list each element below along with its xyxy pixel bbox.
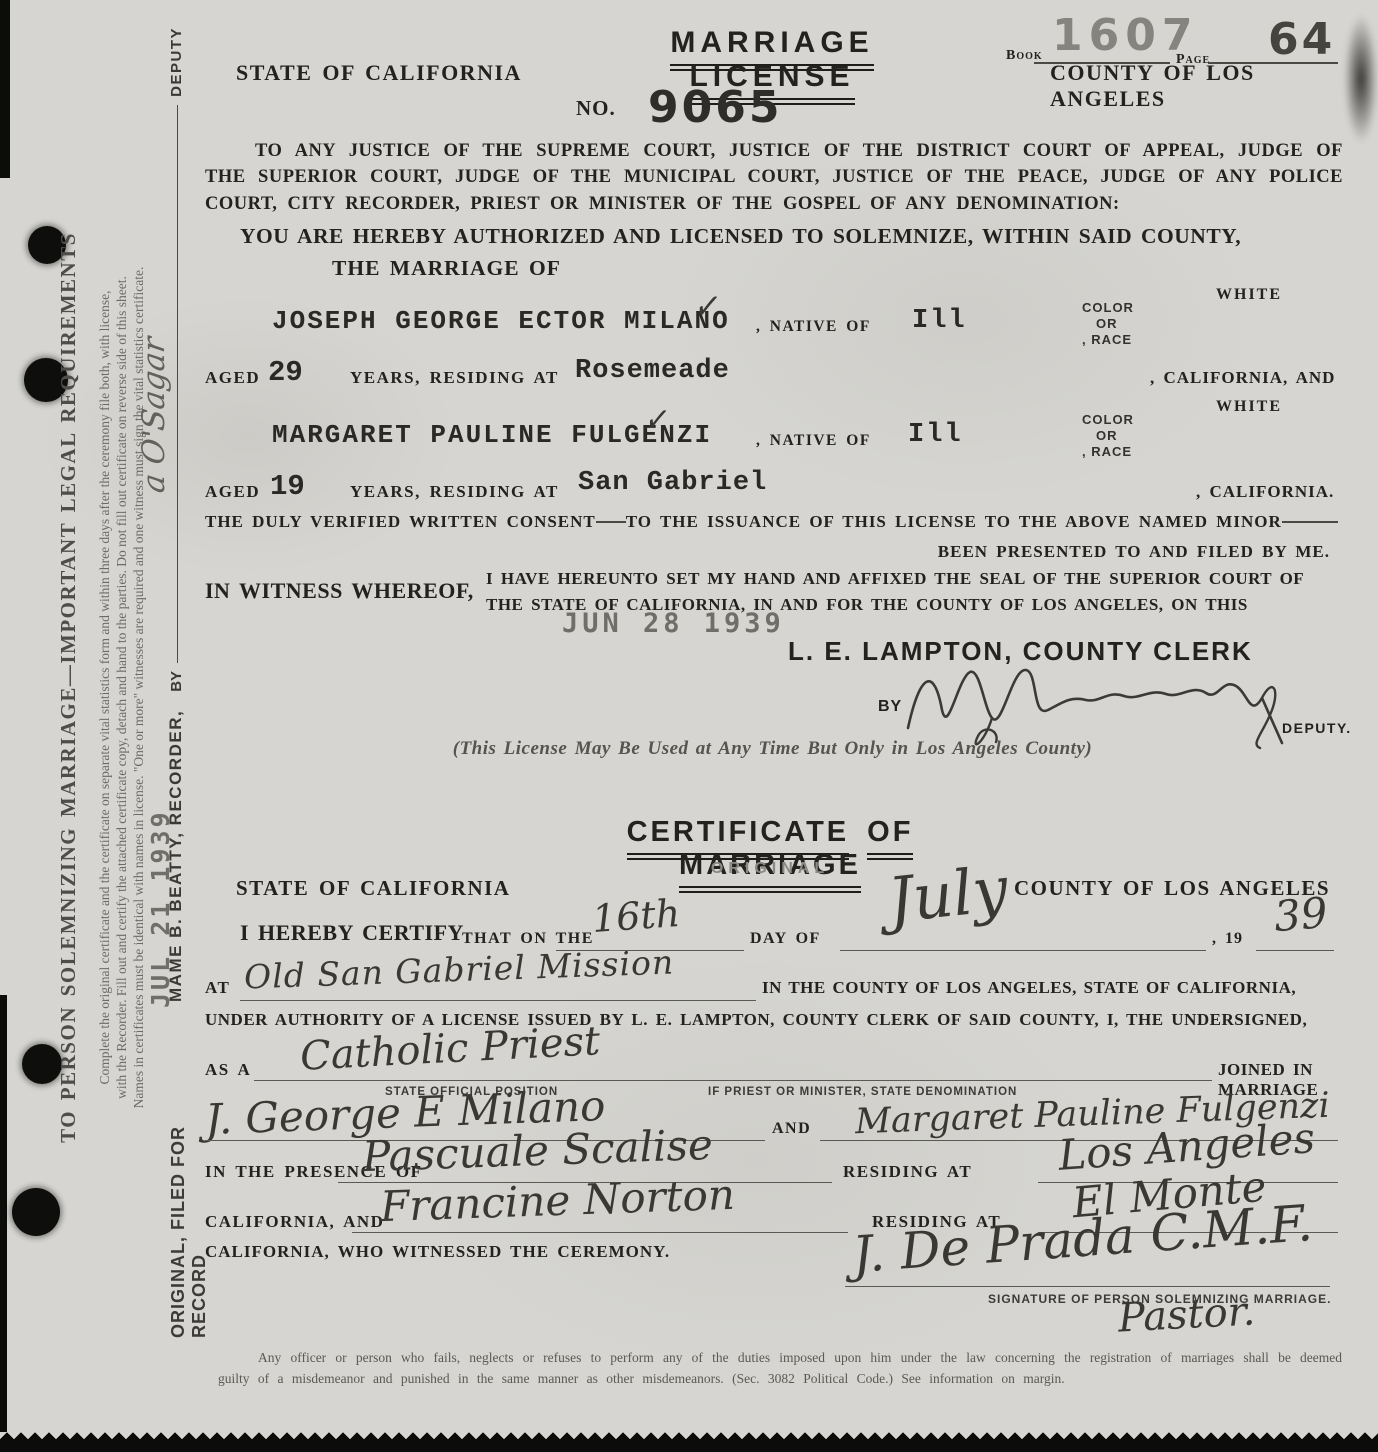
california-and-label: CALIFORNIA, AND [205, 1212, 384, 1232]
groom-california-suffix: , CALIFORNIA, AND [1150, 368, 1335, 388]
bride-california-suffix: , CALIFORNIA. [1196, 482, 1334, 502]
bride-native-value: Ill [908, 420, 963, 450]
clerk-by-label: BY [878, 698, 902, 716]
year-blank-line [1256, 950, 1334, 951]
groom-native-label: , NATIVE OF [756, 318, 871, 336]
bride-native-label: , NATIVE OF [756, 432, 871, 450]
position-blank-line [254, 1080, 1212, 1081]
certificate-title-word: OF [867, 816, 913, 860]
county-state-line: IN THE COUNTY OF LOS ANGELES, STATE OF C… [762, 978, 1296, 998]
and-label: AND [772, 1120, 811, 1138]
consent-text-1: THE DULY VERIFIED WRITTEN CONSENT [205, 512, 596, 531]
year-prefix-label: , 19 [1212, 930, 1243, 948]
race-label-line: , RACE [1082, 332, 1134, 348]
day-of-label: DAY OF [750, 930, 821, 948]
margin-title: TO PERSON SOLEMNIZING MARRIAGE—IMPORTANT… [56, 40, 81, 1335]
authorization-line: YOU ARE HEREBY AUTHORIZED AND LICENSED T… [240, 224, 1241, 249]
race-label-line: , RACE [1082, 444, 1134, 460]
denomination-label: IF PRIEST OR MINISTER, STATE DENOMINATIO… [708, 1086, 1017, 1098]
month-blank-line [840, 950, 1206, 951]
bride-residence-typed: San Gabriel [578, 468, 767, 498]
page-number-stamp: 64 [1268, 14, 1335, 65]
year-handwritten: 39 [1272, 888, 1330, 941]
bride-age-value: 19 [270, 470, 305, 503]
margin-fine-print-line: with the Recorder. Fill out and certify … [113, 35, 130, 1340]
addressees-paragraph: TO ANY JUSTICE OF THE SUPREME COURT, JUS… [205, 138, 1343, 217]
recorder-name-label: MAME B. BEATTY, RECORDER, [166, 710, 186, 1002]
film-edge-bottom-left [0, 995, 7, 1452]
margin-recorder-line: MAME B. BEATTY, RECORDER, BY DEPUTY [166, 27, 186, 1002]
witnessed-ceremony-line: CALIFORNIA, WHO WITNESSED THE CEREMONY. [205, 1242, 670, 1262]
perforated-bottom-edge [0, 1432, 1378, 1452]
license-usage-note: (This License May Be Used at Any Time Bu… [205, 738, 1340, 760]
clerk-deputy-label: DEPUTY. [1282, 720, 1352, 736]
witness2-line [352, 1232, 848, 1233]
race-label-line: COLOR [1082, 412, 1134, 428]
certificate-state-label: STATE OF CALIFORNIA [236, 876, 510, 901]
license-no-label: NO. [576, 96, 616, 121]
recorder-by-label: BY [168, 671, 185, 692]
authority-line: UNDER AUTHORITY OF A LICENSE ISSUED BY L… [205, 1010, 1307, 1030]
recorder-deputy-label: DEPUTY [168, 27, 185, 97]
county-of-los-angeles-header: COUNTY OF LOS ANGELES [1050, 60, 1378, 112]
bride-race-value: WHITE [1216, 398, 1282, 416]
as-a-label: AS A [205, 1060, 251, 1080]
bride-aged-label: AGED [205, 482, 260, 502]
place-blank-line [240, 1000, 756, 1001]
groom-name-typed: JOSEPH GEORGE ECTOR MILANO [272, 306, 730, 336]
race-label-line: OR [1082, 316, 1134, 332]
license-date-stamp: JUN 28 1939 [562, 608, 785, 639]
i-hereby-certify-label: I HEREBY CERTIFY [240, 920, 464, 946]
film-edge-top-left [0, 0, 10, 178]
state-of-california-header: STATE OF CALIFORNIA [236, 60, 522, 86]
day-handwritten: 16th [591, 891, 682, 941]
groom-race-value: WHITE [1216, 286, 1282, 304]
consent-text-2: TO THE ISSUANCE OF THIS LICENSE TO THE A… [626, 512, 1282, 531]
presented-filed-line: BEEN PRESENTED TO AND FILED BY ME. [938, 542, 1330, 562]
place-handwritten: Old San Gabriel Mission [243, 943, 674, 997]
groom-residence-typed: Rosemeade [575, 356, 730, 386]
groom-years-residing-label: YEARS, RESIDING AT [350, 368, 559, 388]
groom-aged-label: AGED [205, 368, 260, 388]
margin-original-filed: ORIGINAL, FILED FOR RECORD [168, 1038, 210, 1338]
witness2-handwritten: Francine Norton [379, 1170, 735, 1231]
bride-years-residing-label: YEARS, RESIDING AT [350, 482, 559, 502]
race-label-line: OR [1082, 428, 1134, 444]
punch-hole [12, 1188, 60, 1236]
footer-legal-text: Any officer or person who fails, neglect… [218, 1348, 1342, 1390]
license-no-value: 9065 [648, 82, 782, 133]
pastor-handwritten: Pastor. [1117, 1288, 1256, 1341]
residing-at-label-1: RESIDING AT [843, 1162, 972, 1182]
groom-native-value: Ill [912, 306, 967, 336]
at-label: AT [205, 978, 230, 998]
in-witness-whereof-label: IN WITNESS WHEREOF, [205, 578, 474, 604]
marriage-of-line: THE MARRIAGE OF [332, 256, 561, 281]
solemnizer-signature-line [845, 1286, 1330, 1287]
bride-color-race-label: COLOR OR , RACE [1082, 412, 1134, 460]
groom-age-value: 29 [268, 356, 303, 389]
recorder-deputy-signature: a O'Sagar [136, 230, 172, 495]
consent-line: THE DULY VERIFIED WRITTEN CONSENTTO THE … [205, 512, 1340, 532]
consent-blank-2 [1282, 521, 1338, 523]
recorder-by-blank-line [177, 105, 178, 663]
marriage-license-document: TO PERSON SOLEMNIZING MARRIAGE—IMPORTANT… [0, 0, 1378, 1452]
race-label-line: COLOR [1082, 300, 1134, 316]
margin-fine-print-line: Complete the original certificate and th… [96, 35, 113, 1340]
groom-color-race-label: COLOR OR , RACE [1082, 300, 1134, 348]
month-handwritten: July [885, 852, 1012, 937]
consent-blank-1 [596, 521, 626, 523]
